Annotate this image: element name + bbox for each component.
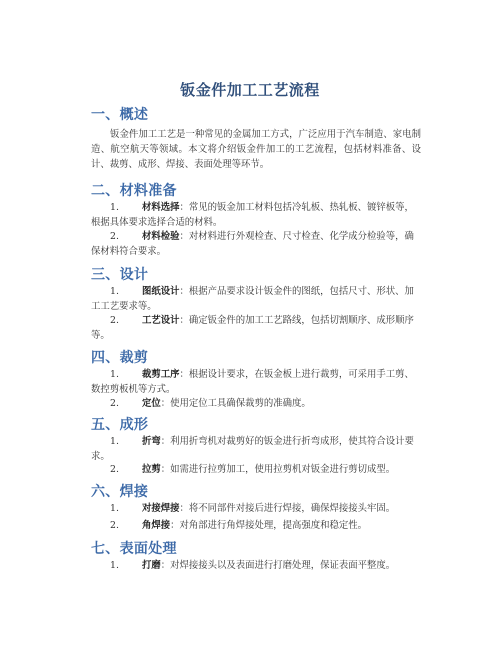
section-heading-cutting: 四、裁剪 [91,347,148,367]
section-heading-materials: 二、材料准备 [91,180,177,200]
item-number: 1. [91,367,142,382]
list-item: 1.裁剪工序：根据设计要求，在钣金板上进行裁剪，可采用手工剪、数控剪板机等方式。 [91,367,421,397]
item-number: 2. [91,396,142,411]
overview-text: 钣金件加工工艺是一种常见的金属加工方式，广泛应用于汽车制造、家电制造、航空航天等… [91,129,421,170]
list-item: 2.工艺设计：确定钣金件的加工工艺路线，包括切割顺序、成形顺序等。 [91,313,421,343]
item-number: 2. [91,518,142,533]
item-text: ：使用定位工具确保裁剪的准确度。 [161,398,311,409]
item-number: 1. [91,284,142,299]
section-heading-welding: 六、焊接 [91,481,148,501]
item-number: 1. [91,434,142,449]
item-term: 打磨 [142,560,161,571]
item-term: 折弯 [142,436,161,447]
item-term: 角焊接 [142,520,170,531]
list-item: 2.定位：使用定位工具确保裁剪的准确度。 [91,396,421,411]
list-item: 2.拉剪：如需进行拉剪加工，使用拉剪机对钣金进行剪切成型。 [91,462,421,477]
overview-paragraph: 钣金件加工工艺是一种常见的金属加工方式，广泛应用于汽车制造、家电制造、航空航天等… [91,127,421,172]
item-text: ：对角部进行角焊接处理，提高强度和稳定性。 [170,520,367,531]
document-title: 钣金件加工工艺流程 [0,79,500,100]
document-page: 钣金件加工工艺流程 一、概述 钣金件加工工艺是一种常见的金属加工方式，广泛应用于… [0,0,500,647]
list-item: 1.图纸设计：根据产品要求设计钣金件的图纸，包括尺寸、形状、加工工艺要求等。 [91,284,421,314]
section-heading-forming: 五、成形 [91,414,148,434]
item-term: 工艺设计 [142,315,180,326]
item-term: 裁剪工序 [142,369,180,380]
item-number: 1. [91,558,142,573]
item-term: 定位 [142,398,161,409]
item-term: 对接焊接 [142,503,180,514]
list-item: 1.折弯：利用折弯机对裁剪好的钣金进行折弯成形，使其符合设计要求。 [91,434,421,464]
item-text: ：对焊接接头以及表面进行打磨处理，保证表面平整度。 [161,560,395,571]
item-text: ：如需进行拉剪加工，使用拉剪机对钣金进行剪切成型。 [161,464,395,475]
item-number: 1. [91,501,142,516]
item-term: 材料检验 [142,231,180,242]
list-item: 1.材料选择：常见的钣金加工材料包括冷轧板、热轧板、镀锌板等，根据具体要求选择合… [91,200,421,230]
item-term: 拉剪 [142,464,161,475]
list-item: 2.材料检验：对材料进行外观检查、尺寸检查、化学成分检验等，确保材料符合要求。 [91,229,421,259]
item-term: 图纸设计 [142,286,180,297]
item-number: 1. [91,200,142,215]
list-item: 2.角焊接：对角部进行角焊接处理，提高强度和稳定性。 [91,518,421,533]
item-number: 2. [91,313,142,328]
section-heading-design: 三、设计 [91,264,148,284]
section-heading-overview: 一、概述 [91,104,148,124]
item-text: ：将不同部件对接后进行焊接，确保焊接接头牢固。 [180,503,396,514]
list-item: 1.对接焊接：将不同部件对接后进行焊接，确保焊接接头牢固。 [91,501,421,516]
list-item: 1.打磨：对焊接接头以及表面进行打磨处理，保证表面平整度。 [91,558,421,573]
section-heading-surface-treatment: 七、表面处理 [91,538,177,558]
item-number: 2. [91,462,142,477]
item-term: 材料选择 [142,202,180,213]
item-number: 2. [91,229,142,244]
